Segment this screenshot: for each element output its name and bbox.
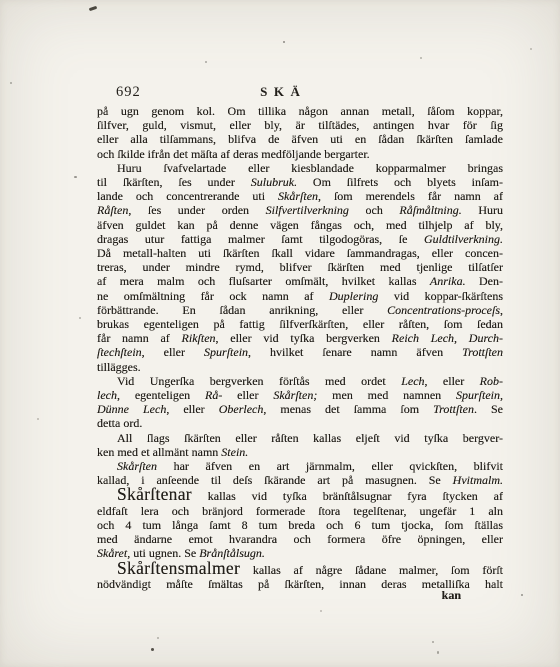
text-run: på ugn genom kol. Om tillika någon annan… xyxy=(97,104,503,118)
scan-speck xyxy=(74,176,77,178)
text-run: kallas vid tyſka bränſtålsugnar fyra ſty… xyxy=(192,489,503,503)
text-run: , egenteligen xyxy=(117,388,205,402)
scan-speck xyxy=(89,6,98,11)
text-run: eldfaſt lera och bränjord formerade ſtor… xyxy=(97,504,503,518)
scan-speck xyxy=(437,651,439,654)
italic-term: Trottſten xyxy=(433,402,474,416)
text-run: , menas det ſamma ſom xyxy=(263,402,433,416)
italic-term: Concentrations-proceſs xyxy=(387,303,500,317)
text-run: , ſes under orden xyxy=(128,203,265,217)
text-run: , hvilket ſenare namn äfven xyxy=(248,345,462,359)
italic-term: Reich Lech, Durch- xyxy=(392,331,503,345)
scan-speck xyxy=(151,648,154,651)
text-line: treras, under mindre rymd, blifver ſkärſ… xyxy=(97,260,503,274)
text-line: Då metall-halten uti ſkärſten ſkall vida… xyxy=(97,246,503,260)
italic-term: Råſten xyxy=(97,203,128,217)
text-run: men med namnen xyxy=(317,388,456,402)
text-line: lech, egenteligen Rå- eller Skårſten; me… xyxy=(97,388,503,402)
text-line: Vid Ungerſka bergverken förſtås med orde… xyxy=(97,374,503,388)
text-run: treras, under mindre rymd, blifver ſkärſ… xyxy=(97,260,503,274)
text-run: ſilfver, guld, vismut, eller bly, är til… xyxy=(97,118,503,132)
text-run: vid koppar-ſkärſtens xyxy=(378,289,503,303)
scan-speck xyxy=(420,57,422,59)
entry-headword: Skårſtensmalmer xyxy=(117,558,240,578)
text-line: eller alla tilſammans, blifva de äfven u… xyxy=(97,132,503,146)
scan-speck xyxy=(320,610,322,612)
text-run: tillägges. xyxy=(97,360,141,374)
text-run: , xyxy=(500,303,503,317)
italic-term: Rikſten xyxy=(182,331,216,345)
italic-term: Duplering xyxy=(329,289,378,303)
text-line: ken med et allmänt namn Stein. xyxy=(97,445,503,459)
text-line: förbättrande. En ſådan anrikning, eller … xyxy=(97,303,503,317)
italic-term: ſtechſtein xyxy=(97,345,142,359)
text-run: , eller xyxy=(142,345,204,359)
text-line: äfven guldet kan på denne vägen fångas o… xyxy=(97,218,503,232)
text-run: Huru ſvafvelartade eller kiesblandade ko… xyxy=(117,161,503,175)
text-line: detta ord. xyxy=(97,416,503,430)
text-run: Huru xyxy=(462,203,503,217)
scan-speck xyxy=(432,641,434,643)
text-line: lande och concentrerande uti Skårſten, ſ… xyxy=(97,189,503,203)
scan-speck xyxy=(521,594,523,596)
italic-term: Skårſten xyxy=(117,459,157,473)
text-line: får namn af Rikſten, eller vid tyſka ber… xyxy=(97,331,503,345)
text-run: och xyxy=(349,203,399,217)
text-run: Den- xyxy=(466,274,503,288)
text-line: och 4 tum långa ſamt 8 tum breda och 6 t… xyxy=(97,518,503,532)
text-run: lande och concentrerande uti xyxy=(97,189,278,203)
italic-term: Oberlech xyxy=(219,402,264,416)
italic-term: Rå- xyxy=(205,388,222,402)
scan-speck xyxy=(205,61,207,63)
scan-speck xyxy=(283,41,285,43)
italic-term: Trottſten xyxy=(462,345,503,359)
text-line: med ändarne emot hvarandra och formera ö… xyxy=(97,532,503,546)
text-line: til ſkärſten, ſes under Sulubruk. Om ſil… xyxy=(97,175,503,189)
text-run: eller alla tilſammans, blifva de äfven u… xyxy=(97,132,503,146)
text-run: och 4 tum långa ſamt 8 tum breda och 6 t… xyxy=(97,518,503,532)
text-line: ſilfver, guld, vismut, eller bly, är til… xyxy=(97,118,503,132)
scan-speck xyxy=(79,317,81,319)
text-line: Huru ſvafvelartade eller kiesblandade ko… xyxy=(97,161,503,175)
text-run: ken med et allmänt namn xyxy=(97,445,221,459)
text-run: äfven guldet kan på denne vägen fångas o… xyxy=(97,218,503,232)
scan-speck xyxy=(530,48,532,50)
text-run: , ſom merendels får namn af xyxy=(318,189,503,203)
text-line: på ugn genom kol. Om tillika någon annan… xyxy=(97,104,503,118)
scan-speck xyxy=(37,418,39,420)
italic-term: lech xyxy=(97,388,117,402)
text-line: eldfaſt lera och bränjord formerade ſtor… xyxy=(97,504,503,518)
catchword: kan xyxy=(97,588,503,603)
scan-speck xyxy=(10,82,12,84)
italic-term: Guldtilverkning. xyxy=(424,232,503,246)
text-line: Dünne Lech, eller Oberlech, menas det ſa… xyxy=(97,402,503,416)
text-line: dragas utur fattiga malmer ſamt tilgodog… xyxy=(97,232,503,246)
text-run: detta ord. xyxy=(97,416,142,430)
italic-term: Stein. xyxy=(221,445,248,459)
text-run: har äfven en art järnmalm, eller qvickſt… xyxy=(157,459,503,473)
italic-term: Råſmåltning. xyxy=(399,203,461,217)
scan-speck xyxy=(157,637,159,639)
text-run: Om ſilfrets och blyets inſam- xyxy=(297,175,503,189)
text-run: All ſlags ſkärſten eller råſten kallas e… xyxy=(117,431,503,445)
text-run: kallas af någre ſådane malmer, ſom förſt xyxy=(240,563,503,577)
text-line: Skårſtenar kallas vid tyſka bränſtålsugn… xyxy=(97,487,503,503)
text-run: til ſkärſten, ſes under xyxy=(97,175,251,189)
text-run: eller xyxy=(222,388,273,402)
text-run: , eller xyxy=(166,402,218,416)
text-line: brukas egenteligen på fattig ſilfverſkär… xyxy=(97,317,503,331)
italic-term: Dünne Lech xyxy=(97,402,166,416)
italic-term: Silfvertilverkning xyxy=(266,203,349,217)
italic-term: Spurſtein xyxy=(204,345,248,359)
text-run: dragas utur fattiga malmer ſamt tilgodog… xyxy=(97,232,424,246)
text-line: ne omſmältning får ock namn af Duplering… xyxy=(97,289,503,303)
text-line: af mera malm och fluſsarter omſmält, hvi… xyxy=(97,274,503,288)
italic-term: Anrika. xyxy=(430,274,466,288)
italic-term: Hvitmalm. xyxy=(453,473,503,487)
text-run: förbättrande. En ſådan anrikning, eller xyxy=(97,303,387,317)
italic-term: Lech xyxy=(401,374,424,388)
text-line: och ſkilde ifrån det mäſta af deras medf… xyxy=(97,147,503,161)
scanned-book-page: 692 SKÄ på ugn genom kol. Om tillika någ… xyxy=(0,0,560,667)
italic-term: Sulubruk. xyxy=(251,175,297,189)
italic-term: Skårſten; xyxy=(273,388,317,402)
text-line: tillägges. xyxy=(97,360,503,374)
entry-headword: Skårſtenar xyxy=(117,484,192,504)
text-run: brukas egenteligen på fattig ſilfverſkär… xyxy=(97,317,503,331)
text-line: ſtechſtein, eller Spurſtein, hvilket ſen… xyxy=(97,345,503,359)
text-run: , eller vid tyſka bergverken xyxy=(216,331,392,345)
text-line: All ſlags ſkärſten eller råſten kallas e… xyxy=(97,431,503,445)
text-line: Råſten, ſes under orden Silfvertilverkni… xyxy=(97,203,503,217)
italic-term: Spurſtein, xyxy=(456,388,503,402)
text-block: på ugn genom kol. Om tillika någon annan… xyxy=(97,104,503,591)
text-run: . Se xyxy=(474,402,503,416)
running-head: SKÄ xyxy=(0,84,560,100)
text-line: Skårſten har äfven en art järnmalm, elle… xyxy=(97,459,503,473)
text-run: af mera malm och fluſsarter omſmält, hvi… xyxy=(97,274,430,288)
text-run: , eller xyxy=(425,374,480,388)
italic-term: Skårſten xyxy=(278,189,318,203)
text-run: och ſkilde ifrån det mäſta af deras medf… xyxy=(97,147,370,161)
text-run: ne omſmältning får ock namn af xyxy=(97,289,329,303)
text-run: får namn af xyxy=(97,331,182,345)
text-run: Vid Ungerſka bergverken förſtås med orde… xyxy=(117,374,401,388)
text-run: med ändarne emot hvarandra och formera ö… xyxy=(97,532,503,546)
text-line: Skårſtensmalmer kallas af någre ſådane m… xyxy=(97,561,503,577)
italic-term: Rob- xyxy=(480,374,503,388)
text-run: Då metall-halten uti ſkärſten ſkall vida… xyxy=(97,246,503,260)
